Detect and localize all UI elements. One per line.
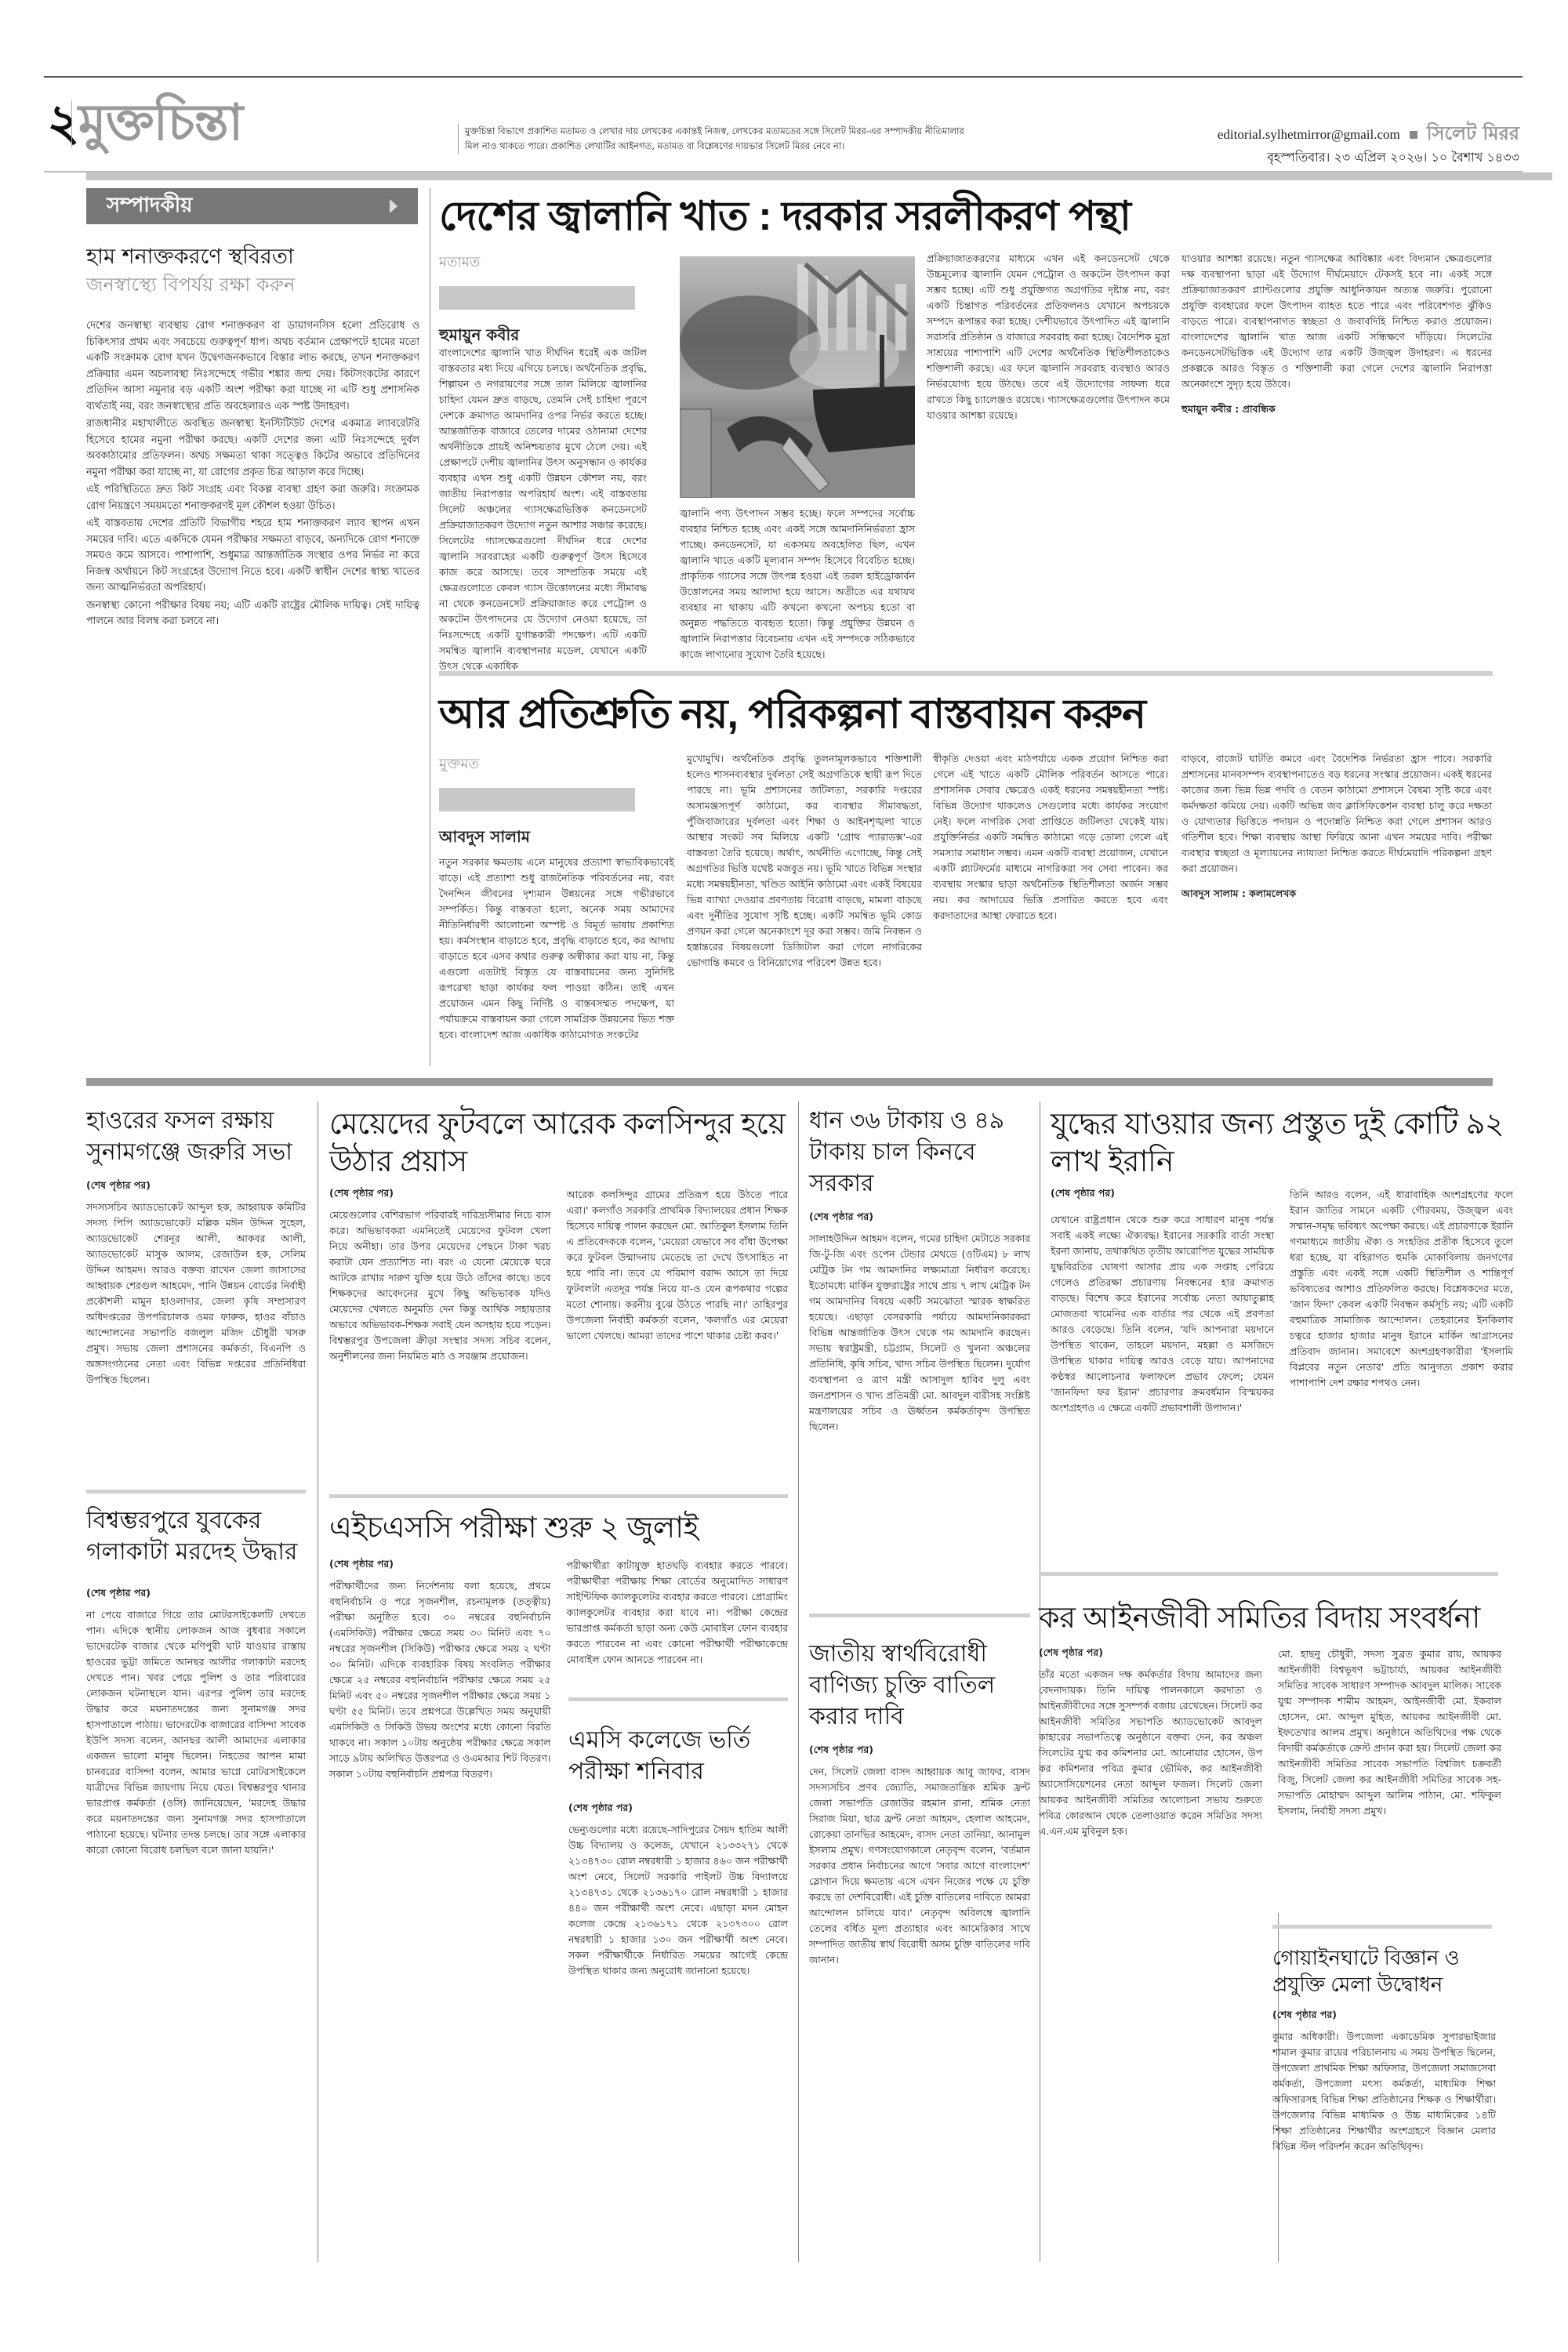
plan-kicker: মুক্তমত [439, 753, 635, 777]
editorial-section: হাম শনাক্তকরণে স্থবিরতা জনস্বাস্থ্যে বিপ… [86, 243, 419, 632]
continued-label: (শেষ পৃষ্ঠার পর) [1272, 2009, 1496, 2024]
editorial-band: সম্পাদকীয় [86, 188, 418, 224]
hsc-col-1: পরীক্ষার্থীদের জন্য নির্দেশনায় বলা হয়ে… [329, 1578, 551, 1782]
plan-byline-block: মুক্তমত আবদুস সালাম [439, 753, 635, 851]
editorial-email[interactable]: editorial.sylhetmirror@gmail.com [1218, 127, 1400, 143]
football-headline[interactable]: মেয়েদের ফুটবলে আরেক কলসিন্দুর হয়ে উঠার… [329, 1105, 788, 1181]
story-rice[interactable]: ধান ৩৬ টাকায় ও ৪৯ টাকায় চাল কিনবে সরকা… [809, 1105, 1030, 1435]
story-football[interactable]: মেয়েদের ফুটবলে আরেক কলসিন্দুর হয়ে উঠার… [329, 1105, 788, 1364]
haor-headline[interactable]: হাওরের ফসল রক্ষায় সুনামগঞ্জে জরুরি সভা [86, 1105, 306, 1168]
editorial-band-label: সম্পাদকীয় [107, 189, 192, 223]
plan-headline: আর প্রতিশ্রুতি নয়, পরিকল্পনা বাস্তবায়ন… [439, 690, 1537, 739]
section-name: মুক্তচিন্তা [78, 85, 242, 169]
continued-label: (শেষ পৃষ্ঠার পর) [1051, 1187, 1274, 1203]
trade-deal-body: দেন, সিলেট জেলা বাসদ আহ্বায়ক আবু জাফর, … [809, 1764, 1030, 1968]
story-separator [1039, 1572, 1498, 1576]
energy-signoff: হুমায়ুন কবীর : প্রাবন্ধিক [1181, 403, 1492, 419]
disclaimer-line-1: মুক্তচিন্তা বিভাগে প্রকাশিত মতামত ও লেখা… [465, 124, 1038, 139]
energy-headline: দেশের জ্বালানি খাত : দরকার সরলীকরণ পন্থা [439, 192, 1537, 241]
energy-col-2: জ্বালানি পণ্য উৎপাদন সম্ভব হচ্ছে। ফলে সম… [680, 506, 915, 662]
column-divider [430, 188, 430, 1066]
football-col-1: মেয়েগুলোর বেশিরভাগ পরিবারই দারিদ্র্যসীম… [329, 1207, 551, 1364]
editorial-headline: হাম শনাক্তকরণে স্থবিরতা [86, 243, 419, 271]
masthead-top-rule [44, 76, 1523, 78]
murder-headline[interactable]: বিশ্বম্ভরপুরে যুবকের গলাকাটা মরদেহ উদ্ধা… [86, 1505, 306, 1568]
energy-col-4: যাওয়ার আশঙ্কা রয়েছে। নতুন গ্যাসক্ষেত্র… [1181, 251, 1492, 392]
energy-col-4-block: যাওয়ার আশঙ্কা রয়েছে। নতুন গ্যাসক্ষেত্র… [1181, 251, 1492, 419]
plan-col-4-block: বাড়বে, বাজেট ঘাটতি কমবে এবং বৈদেশিক নির… [1181, 751, 1492, 903]
continued-label: (শেষ পৃষ্ঠার পর) [329, 1187, 551, 1203]
plan-col-1: নতুন সরকার ক্ষমতায় এলে মানুষের প্রত্যাশ… [439, 855, 674, 1043]
brand-logo: সিলেট মিরর [1427, 119, 1519, 151]
story-tax-lawyers[interactable]: কর আইনজীবী সমিতির বিদায় সংবর্ধনা (শেষ প… [1039, 1599, 1501, 1839]
editorial-paragraph: রাজধানীর মহাখালীতে অবস্থিত জনস্বাস্থ্য ই… [86, 416, 419, 481]
editorial-body: দেশের জনস্বাস্থ্য ব্যবস্থায় রোগ শনাক্তক… [86, 318, 419, 630]
science-fair-headline[interactable]: গোয়াইনঘাটে বিজ্ঞান ও প্রযুক্তি মেলা উদ্… [1272, 1944, 1496, 1998]
plan-signoff: আবদুস সালাম : কলামলেখক [1181, 887, 1492, 903]
masthead-contact: editorial.sylhetmirror@gmail.com সিলেট ম… [1218, 119, 1519, 151]
continued-label: (শেষ পৃষ্ঠার পর) [809, 1744, 1030, 1759]
plan-col-3: স্বীকৃতি দেওয়া এবং মাঠপর্যায়ে একক প্রয… [933, 751, 1168, 924]
continued-label: (শেষ পৃষ্ঠার পর) [809, 1210, 1030, 1226]
story-murder[interactable]: বিশ্বম্ভরপুরে যুবকের গলাকাটা মরদেহ উদ্ধা… [86, 1505, 306, 1858]
energy-col-1: বাংলাদেশের জ্বালানি খাত দীর্ঘদিন ধরেই এক… [439, 345, 647, 674]
rice-headline[interactable]: ধান ৩৬ টাকায় ও ৪৯ টাকায় চাল কিনবে সরকা… [809, 1105, 1030, 1200]
continued-label: (শেষ পৃষ্ঠার পর) [329, 1558, 551, 1573]
section-separator [439, 671, 1493, 676]
story-trade-deal[interactable]: জাতীয় স্বার্থবিরোধী বাণিজ্য চুক্তি বাতি… [809, 1639, 1030, 1968]
story-separator [86, 1490, 306, 1494]
football-columns: (শেষ পৃষ্ঠার পর) মেয়েগুলোর বেশিরভাগ পরি… [329, 1187, 788, 1364]
iran-columns: (শেষ পৃষ্ঠার পর) যেখানে রাষ্ট্রপ্রধান থে… [1051, 1187, 1513, 1416]
kicker-bar [439, 788, 635, 811]
plan-col-2: মুখোমুখি। অর্থনৈতিক প্রবৃদ্ধি তুলনামূলকভ… [687, 751, 922, 971]
iran-col-1: যেখানে রাষ্ট্রপ্রধান থেকে শুরু করে সাধার… [1051, 1212, 1274, 1416]
masthead-divider [71, 100, 72, 147]
editorial-paragraph: দেশের জনস্বাস্থ্য ব্যবস্থায় রোগ শনাক্তক… [86, 318, 419, 415]
rice-body: সালাহউদ্দিন আহমদ বলেন, গমের চাহিদা মেটাত… [809, 1231, 1030, 1435]
hsc-headline[interactable]: এইচএসসি পরীক্ষা শুরু ২ জুলাই [329, 1509, 788, 1547]
trade-deal-headline[interactable]: জাতীয় স্বার্থবিরোধী বাণিজ্য চুক্তি বাতি… [809, 1639, 1030, 1733]
column-divider [318, 1102, 318, 2262]
story-separator [568, 1697, 788, 1701]
page-fold-bar [86, 1078, 1493, 1086]
tax-lawyers-columns: (শেষ পৃষ্ঠার পর) তাঁর মতো একজন দক্ষ কর্ম… [1039, 1646, 1501, 1839]
editorial-paragraph: এই পরিস্থিতিতে দ্রুত কিট সংগ্রহ এবং বিকল… [86, 482, 419, 514]
continued-label: (শেষ পৃষ্ঠার পর) [86, 1587, 306, 1602]
energy-col-3: প্রক্রিয়াজাতকরণের মাধ্যমে এখন এই কনডেনস… [927, 251, 1170, 423]
story-separator [1272, 1925, 1492, 1929]
square-bullet-icon [1410, 131, 1417, 139]
mc-college-headline[interactable]: এমসি কলেজে ভর্তি পরীক্ষা শনিবার [568, 1725, 788, 1788]
murder-body: না পেয়ে বাজারে গিয়ে তার মোটরসাইকেলটি দ… [86, 1607, 306, 1858]
football-col-2: আরেক কলসিন্দুর গ্রামের প্রতিরূপ হয়ে উঠত… [567, 1187, 789, 1364]
top-grey-bar [86, 172, 1552, 180]
haor-body: সদস্যসচিব অ্যাডভোকেট আব্দুল হক, আহ্বায়ক… [86, 1200, 306, 1388]
story-separator [329, 1494, 788, 1498]
continued-label: (শেষ পৃষ্ঠার পর) [568, 1802, 788, 1817]
science-fair-body: কুমার অধিকারী। উপজেলা একাডেমিক সুপারভাইজ… [1272, 2029, 1496, 2154]
story-haor[interactable]: হাওরের ফসল রক্ষায় সুনামগঞ্জে জরুরি সভা … [86, 1105, 306, 1388]
column-divider [798, 1102, 799, 2262]
disclaimer-line-2: মিল নাও থাকতে পারে। প্রকাশিত লেখাটির আইন… [465, 139, 1038, 154]
plan-col-4: বাড়বে, বাজেট ঘাটতি কমবে এবং বৈদেশিক নির… [1181, 751, 1492, 877]
plan-author: আবদুস সালাম [439, 826, 635, 851]
page-number: ২ [47, 85, 80, 169]
kicker-bar [439, 286, 635, 310]
tax-lawyers-col-2: মো. হাছনু চৌধুরী, সদস্য সুব্রত কুমার রায… [1278, 1646, 1501, 1839]
iran-headline[interactable]: যুদ্ধের যাওয়ার জন্য প্রস্তুত দুই কোটি ৯… [1051, 1105, 1513, 1181]
continued-label: (শেষ পৃষ্ঠার পর) [86, 1179, 306, 1195]
tanker-nozzle-image-icon [680, 256, 915, 498]
story-iran[interactable]: যুদ্ধের যাওয়ার জন্য প্রস্তুত দুই কোটি ৯… [1051, 1105, 1513, 1416]
editorial-paragraph: জনস্বাস্থ্য কোনো পরীক্ষার বিষয় নয়; এটি… [86, 598, 419, 630]
story-separator [809, 1613, 1030, 1617]
editorial-subheadline: জনস্বাস্থ্যে বিপর্যয় রক্ষা করুন [86, 271, 419, 298]
energy-byline-block: মতামত হুমায়ুন কবীর [439, 251, 635, 350]
story-mc-college[interactable]: এমসি কলেজে ভর্তি পরীক্ষা শনিবার (শেষ পৃষ… [568, 1725, 788, 1979]
tax-lawyers-col-1: তাঁর মতো একজন দক্ষ কর্মকর্তার বিদায় আমা… [1039, 1667, 1262, 1839]
energy-photo [680, 256, 915, 498]
mc-college-body: ভেন্যুগুলোর মধ্যে রয়েছে-সাদিপুরের সৈয়দ… [568, 1822, 788, 1979]
play-arrow-icon [390, 199, 397, 213]
story-science-fair[interactable]: গোয়াইনঘাটে বিজ্ঞান ও প্রযুক্তি মেলা উদ্… [1272, 1944, 1496, 2154]
editorial-paragraph: এই বাস্তবতায় দেশের প্রতিটি বিভাগীয় শহর… [86, 516, 419, 597]
continued-label: (শেষ পৃষ্ঠার পর) [1039, 1646, 1262, 1662]
tax-lawyers-headline[interactable]: কর আইনজীবী সমিতির বিদায় সংবর্ধনা [1039, 1599, 1501, 1637]
disclaimer: মুক্তচিন্তা বিভাগে প্রকাশিত মতামত ও লেখা… [458, 124, 1038, 154]
dateline: বৃহস্পতিবার। ২৩ এপ্রিল ২০২৬। ১০ বৈশাখ ১৪… [1267, 147, 1519, 169]
energy-kicker: মতামত [439, 251, 635, 275]
iran-col-2: তিনি আরও বলেন, এই ধারাবাহিক অংশগ্রহণের ফ… [1290, 1187, 1513, 1416]
